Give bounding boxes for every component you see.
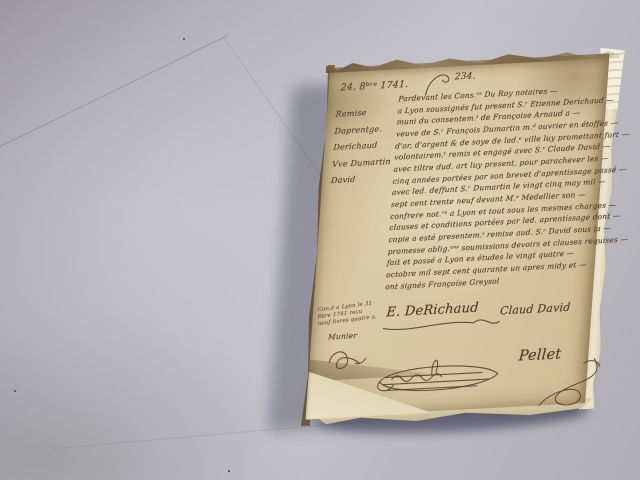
control-registration-note: Con.é a Lyon le 31 8bre 1741 recu neuf l… [318,299,384,327]
margin-note: Vve Dumartin [332,153,392,173]
document-date: 24. 8ᵇʳᵉ 1741. [340,79,409,94]
margin-notes: Remise Daprentge. Derichaud Vve Dumartin… [330,104,394,190]
surface-speck [14,390,16,392]
signature-pellet-flourish [519,356,607,413]
photo-scene: 24. 8ᵇʳᵉ 1741. 234. Remise Daprentge. De… [0,0,640,480]
margin-note: David [330,170,390,190]
deed-body-text: Pardevant les Cons.ʳˢ Du Roy notaires — … [385,83,603,293]
surface-scratch [0,35,229,147]
manuscript-booklet: 24. 8ᵇʳᵉ 1741. 234. Remise Daprentge. De… [306,53,610,417]
signature-david: Claud David [500,301,571,318]
surface-speck [228,470,230,472]
manuscript-page: 24. 8ᵇʳᵉ 1741. 234. Remise Daprentge. De… [306,53,610,417]
control-note-signature: Munier [328,331,358,342]
surface-speck [183,38,185,40]
page-number: 234. [454,71,476,82]
